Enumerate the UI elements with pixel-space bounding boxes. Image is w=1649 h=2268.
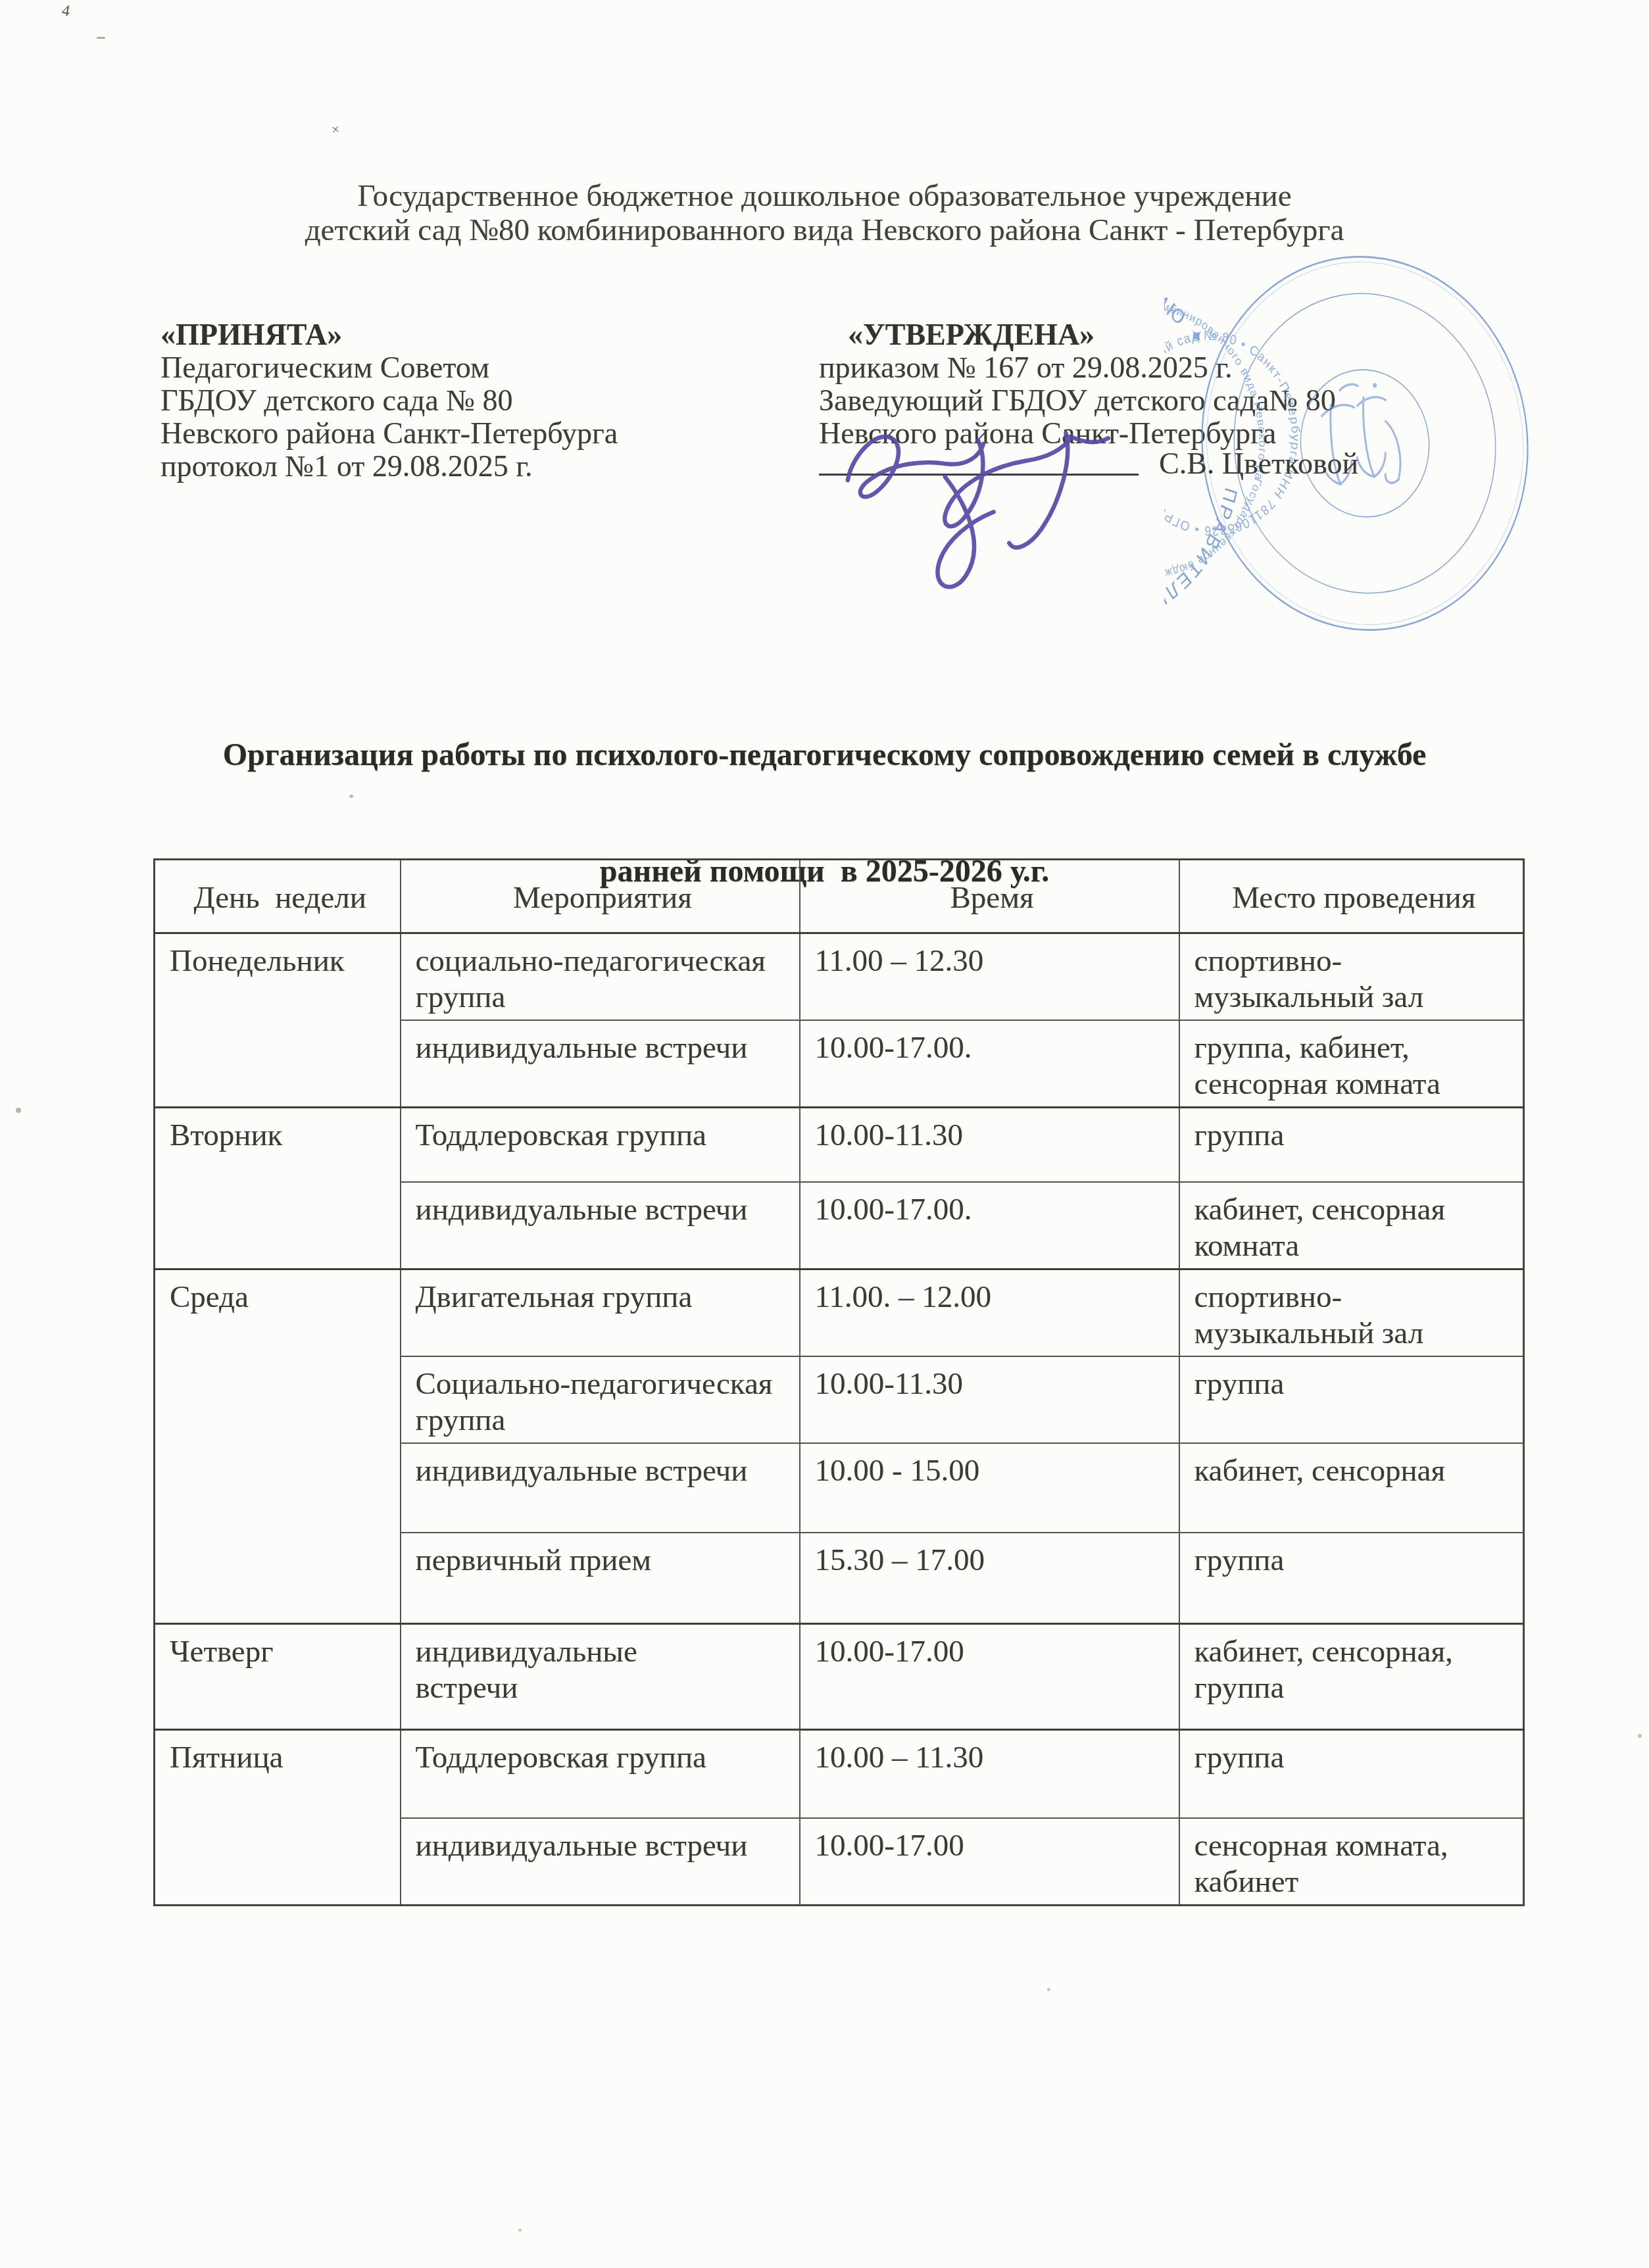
handwritten-signature [816, 395, 1184, 612]
table-row: Среда Двигательная группа 11.00. – 12.00… [155, 1269, 1524, 1356]
day-cell-wednesday: Среда [155, 1269, 401, 1624]
time-cell: 10.00 - 15.00 [800, 1443, 1179, 1533]
event-cell: первичный прием [401, 1533, 800, 1624]
event-cell: Двигательная группа [401, 1269, 800, 1356]
event-cell: Тоддлеровская группа [401, 1730, 800, 1818]
scan-artifact [1638, 1734, 1642, 1738]
accepted-title: «ПРИНЯТА» [160, 318, 618, 351]
time-cell: 10.00-17.00 [800, 1624, 1179, 1730]
place-cell: спортивно- музыкальный зал [1179, 1269, 1524, 1356]
place-cell: кабинет, сенсорная [1179, 1443, 1524, 1533]
place-cell: сенсорная комната, кабинет [1179, 1818, 1524, 1906]
scan-artifact [97, 37, 105, 39]
accepted-line: ГБДОУ детского сада № 80 [160, 384, 618, 417]
time-cell: 11.00 – 12.30 [800, 933, 1179, 1021]
event-cell: индивидуальные встречи [401, 1443, 800, 1533]
table-row: Пятница Тоддлеровская группа 10.00 – 11.… [155, 1730, 1524, 1818]
scan-artifact [1047, 1988, 1050, 1991]
event-cell: Тоддлеровская группа [401, 1108, 800, 1182]
signature-name: С.В. Цветковой [1159, 446, 1358, 481]
place-cell: кабинет, сенсорная, группа [1179, 1624, 1524, 1730]
place-cell: спортивно- музыкальный зал [1179, 933, 1524, 1021]
accepted-line: Невского района Санкт-Петербурга [160, 417, 618, 450]
org-header-line1: Государственное бюджетное дошкольное обр… [0, 179, 1649, 213]
time-cell: 11.00. – 12.00 [800, 1269, 1179, 1356]
table-row: Понедельник социально-педагогическая гру… [155, 933, 1524, 1021]
scan-artifact: 4 [61, 2, 72, 21]
day-cell-thursday: Четверг [155, 1624, 401, 1730]
column-header-events: Мероприятия [401, 860, 800, 933]
scan-artifact [349, 795, 353, 798]
event-cell: индивидуальные встречи [401, 1020, 800, 1108]
table-row: Вторник Тоддлеровская группа 10.00-11.30… [155, 1108, 1524, 1182]
scan-artifact [16, 1108, 21, 1113]
column-header-place: Место проведения [1179, 860, 1524, 933]
place-cell: группа [1179, 1533, 1524, 1624]
time-cell: 10.00-17.00 [800, 1818, 1179, 1906]
day-cell-friday: Пятница [155, 1730, 401, 1906]
official-round-stamp: ПРАВИТЕЛЬСТВО САНКТ-ПЕТЕРБУРГА ✦ КОМИТЕТ… [1164, 242, 1565, 645]
time-cell: 10.00-17.00. [800, 1182, 1179, 1270]
accepted-block: «ПРИНЯТА» Педагогическим Советом ГБДОУ д… [160, 318, 618, 483]
column-header-day: День недели [155, 860, 401, 933]
time-cell: 15.30 – 17.00 [800, 1533, 1179, 1624]
document-title-line1: Организация работы по психолого-педагоги… [0, 735, 1649, 774]
table-row: Четверг индивидуальные встречи 10.00-17.… [155, 1624, 1524, 1730]
accepted-line: Педагогическим Советом [160, 351, 618, 384]
time-cell: 10.00 – 11.30 [800, 1730, 1179, 1818]
event-cell: индивидуальные встречи [401, 1182, 800, 1270]
time-cell: 10.00-11.30 [800, 1108, 1179, 1182]
scan-artifact [518, 2229, 522, 2232]
scanned-document-page: Государственное бюджетное дошкольное обр… [0, 0, 1649, 2268]
event-cell: индивидуальные встречи [401, 1624, 800, 1730]
event-cell: индивидуальные встречи [401, 1818, 800, 1906]
place-cell: группа [1179, 1730, 1524, 1818]
place-cell: группа [1179, 1356, 1524, 1443]
day-cell-monday: Понедельник [155, 933, 401, 1108]
place-cell: группа [1179, 1108, 1524, 1182]
day-cell-tuesday: Вторник [155, 1108, 401, 1270]
schedule-table: День недели Мероприятия Время Место пров… [153, 858, 1525, 1906]
event-cell: социально-педагогическая группа [401, 933, 800, 1021]
place-cell: группа, кабинет, сенсорная комната [1179, 1020, 1524, 1108]
event-cell: Социально-педагогическая группа [401, 1356, 800, 1443]
time-cell: 10.00-11.30 [800, 1356, 1179, 1443]
column-header-time: Время [800, 860, 1179, 933]
org-header: Государственное бюджетное дошкольное обр… [0, 179, 1649, 247]
time-cell: 10.00-17.00. [800, 1020, 1179, 1108]
place-cell: кабинет, сенсорная комната [1179, 1182, 1524, 1270]
scan-artifact: × [330, 120, 341, 138]
accepted-line: протокол №1 от 29.08.2025 г. [160, 450, 618, 483]
